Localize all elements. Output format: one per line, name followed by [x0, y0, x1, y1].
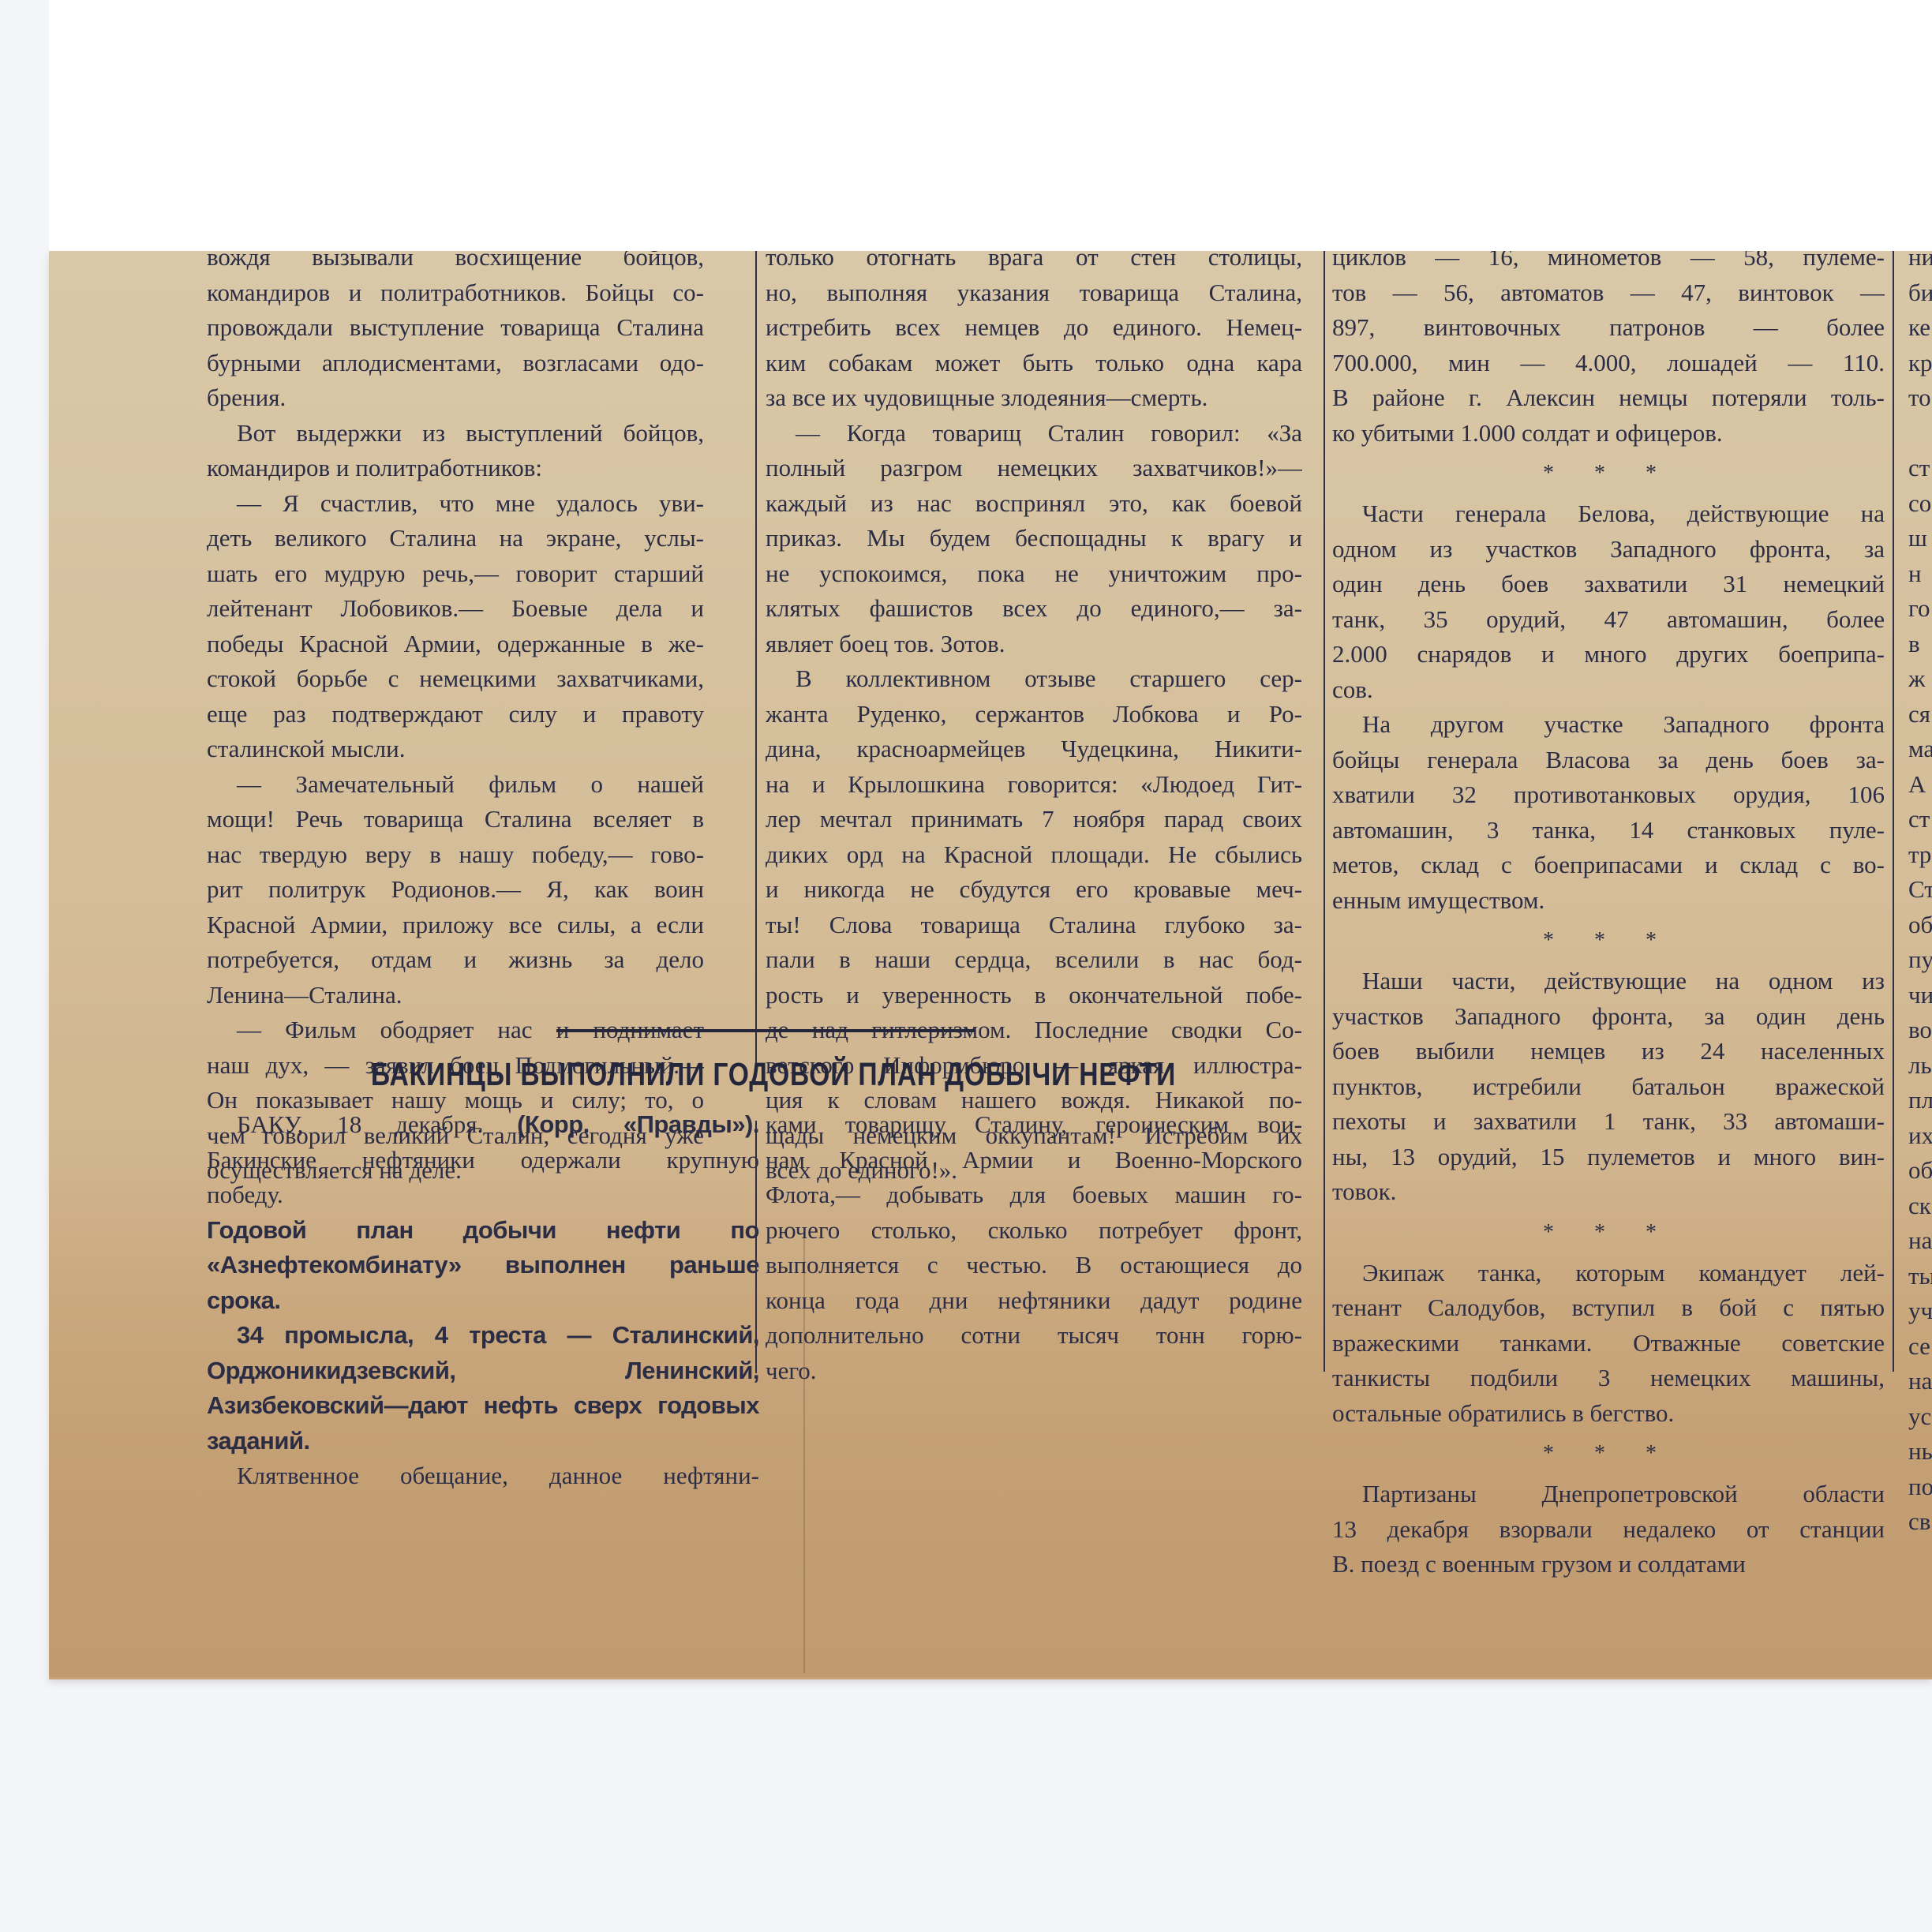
text-line: боев выбили немцев из 24 населенных	[1332, 1034, 1885, 1069]
partial-column-fragment: на	[1908, 1223, 1932, 1259]
partial-column-fragment	[1908, 416, 1932, 451]
partial-column-fragment: ск	[1908, 1189, 1932, 1224]
article-separator	[556, 1029, 975, 1032]
text-line: брения.	[207, 380, 704, 416]
text-line: приказ. Мы будем беспощадны к врагу и	[766, 521, 1302, 556]
text-line: ко убитыми 1.000 солдат и офицеров.	[1332, 416, 1885, 451]
text-line: командиров и политработников:	[207, 451, 704, 486]
partial-column-fragment: ны	[1908, 1434, 1932, 1470]
text-line: — Когда товарищ Сталин говорил: «За	[766, 416, 1302, 451]
bold-lead: Годовой план добычи нефти по «Азнефтеком…	[207, 1213, 759, 1319]
text-line: — Замечательный фильм о нашей	[207, 767, 704, 803]
text-line: — Я счастлив, что мне удалось уви-	[207, 486, 704, 522]
text-line: полный разгром немецких захватчиков!»—	[766, 451, 1302, 486]
text-line: автомашин, 3 танка, 14 станковых пуле-	[1332, 813, 1885, 848]
text-line: за все их чудовищные злодеяния—смерть.	[766, 380, 1302, 416]
text-line: шать его мудрую речь,— говорит старший	[207, 556, 704, 592]
text-line: Экипаж танка, которым командует лей-	[1332, 1256, 1885, 1291]
column-rule-1	[755, 251, 757, 1072]
text-line: Флота,— добывать для боевых машин го-	[766, 1178, 1302, 1213]
partial-column-fragment: по	[1908, 1470, 1932, 1505]
text-line: На другом участке Западного фронта	[1332, 707, 1885, 743]
partial-column-fragment: об	[1908, 1153, 1932, 1189]
article-column-1: БАКУ, 18 декабря. (Корр. «Правды»). Баки…	[207, 1107, 759, 1494]
text-line: енным имуществом.	[1332, 883, 1885, 919]
text-line: провождали выступление товарища Сталина	[207, 310, 704, 346]
column-rule-2	[1324, 251, 1325, 1372]
partial-column-fragment: А	[1908, 767, 1932, 803]
text-line: стокой борьбе с немецкими захватчиками,	[207, 661, 704, 697]
partial-column-fragment: в	[1908, 627, 1932, 662]
column-3: циклов — 16, минометов — 58, пулеме-тов …	[1332, 240, 1885, 1582]
text-line: командиров и политработников. Бойцы со-	[207, 275, 704, 311]
text-line: Вот выдержки из выступлений бойцов,	[207, 416, 704, 451]
text-line: ны, 13 орудий, 15 пулеметов и много вин-	[1332, 1140, 1885, 1175]
text-line: участков Западного фронта, за один день	[1332, 999, 1885, 1035]
text-line: 700.000, мин — 4.000, лошадей — 110.	[1332, 346, 1885, 381]
partial-column-fragment: об	[1908, 908, 1932, 943]
bold-paragraph: 34 промысла, 4 треста — Сталинский, Ордж…	[207, 1318, 759, 1458]
text-line: бойцы генерала Власова за день боев за-	[1332, 743, 1885, 778]
text-line: нам Красной Армии и Военно-Морского	[766, 1143, 1302, 1178]
dateline: БАКУ, 18 декабря.	[237, 1110, 483, 1138]
text-line: рючего столько, сколько потребует фронт,	[766, 1213, 1302, 1249]
text-line: и никогда не сбудутся его кровавые меч-	[766, 872, 1302, 908]
article-column-2: ками товарищу Сталину, героическим вои-н…	[766, 1107, 1302, 1388]
text-line: жанта Руденко, сержантов Лобкова и Ро-	[766, 697, 1302, 732]
text-line: танк, 35 орудий, 47 автомашин, более	[1332, 602, 1885, 638]
text-line: метов, склад с боеприпасами и склад с во…	[1332, 848, 1885, 883]
text-line: сов.	[1332, 672, 1885, 708]
partial-column-fragment: н	[1908, 556, 1932, 592]
text-line: одном из участков Западного фронта, за	[1332, 532, 1885, 567]
text-line: потребуется, отдам и жизнь за дело	[207, 942, 704, 978]
text-line: выполняется с честью. В остающиеся до	[766, 1248, 1302, 1283]
column-4-partial: нибикекрто стсошнговжсямаАсттрСтобпучиво…	[1908, 240, 1932, 1540]
partial-column-fragment: ты	[1908, 1259, 1932, 1294]
text-line: каждый из нас воспринял это, как боевой	[766, 486, 1302, 522]
text-line: В районе г. Алексин немцы потеряли толь-	[1332, 380, 1885, 416]
partial-column-fragment: то	[1908, 380, 1932, 416]
text-line: на и Крылошкина говорится: «Людоед Гит-	[766, 767, 1302, 803]
partial-column-fragment: со	[1908, 486, 1932, 522]
text-line: Ленина—Сталина.	[207, 978, 704, 1013]
partial-column-fragment: тр	[1908, 837, 1932, 873]
text-line: чего.	[766, 1354, 1302, 1389]
text-line: рость и уверенность в окончательной побе…	[766, 978, 1302, 1013]
text-line: Части генерала Белова, действующие на	[1332, 496, 1885, 532]
text-line: ким собакам может быть только одна кара	[766, 346, 1302, 381]
text-line: 897, винтовочных патронов — более	[1332, 310, 1885, 346]
article-tail-line: Клятвенное обещание, данное нефтяни-	[207, 1458, 759, 1494]
article-column-rule	[755, 1121, 757, 1373]
text-line: 13 декабря взорвали недалеко от станции	[1332, 1512, 1885, 1548]
section-divider-stars: * * *	[1332, 918, 1885, 964]
text-line: бурными аплодисментами, возгласами одо-	[207, 346, 704, 381]
text-line: являет боец тов. Зотов.	[766, 627, 1302, 662]
partial-column-fragment: на	[1908, 1364, 1932, 1399]
source-credit: (Корр. «Правды»).	[517, 1110, 759, 1138]
text-line: танкисты подбили 3 немецких машины,	[1332, 1361, 1885, 1396]
partial-column-fragment: пл	[1908, 1083, 1932, 1118]
partial-column-fragment: ма	[1908, 732, 1932, 767]
text-line: Партизаны Днепропетровской области	[1332, 1477, 1885, 1512]
photo-top-background	[49, 0, 1932, 251]
section-divider-stars: * * *	[1332, 1431, 1885, 1477]
text-line: В коллективном отзыве старшего сер-	[766, 661, 1302, 697]
column-1: вождя вызывали восхищение бойцов,команди…	[207, 240, 704, 1189]
partial-column-fragment: ся	[1908, 697, 1932, 732]
text-line: нас твердую веру в нашу победу,— гово-	[207, 837, 704, 873]
partial-column-fragment: ль	[1908, 1048, 1932, 1084]
text-line: конца года дни нефтяники дадут родине	[766, 1283, 1302, 1319]
column-rule-3	[1893, 251, 1894, 1372]
text-line: не успокоимся, пока не уничтожим про-	[766, 556, 1302, 592]
text-line: мощи! Речь товарища Сталина вселяет в	[207, 802, 704, 837]
partial-column-fragment: ус	[1908, 1399, 1932, 1435]
partial-column-fragment: уч	[1908, 1294, 1932, 1329]
partial-column-fragment: св	[1908, 1504, 1932, 1540]
partial-column-fragment: кр	[1908, 346, 1932, 381]
text-line: В. поезд с военным грузом и солдатами	[1332, 1547, 1885, 1582]
text-line: хватили 32 противотанковых орудия, 106	[1332, 777, 1885, 813]
text-line: победы Красной Армии, одержанные в же-	[207, 627, 704, 662]
text-line: дополнительно сотни тысяч тонн горю-	[766, 1318, 1302, 1354]
text-line: Бакинские нефтяники одержали крупную	[207, 1143, 759, 1178]
text-line: тов — 56, автоматов — 47, винтовок —	[1332, 275, 1885, 311]
partial-column-fragment: ст	[1908, 451, 1932, 486]
partial-column-fragment: Ст	[1908, 872, 1932, 908]
partial-column-fragment: чи	[1908, 978, 1932, 1013]
text-line: пехоты и захватили 1 танк, 33 автомаши-	[1332, 1104, 1885, 1140]
partial-column-fragment: се	[1908, 1329, 1932, 1365]
section-divider-stars: * * *	[1332, 451, 1885, 496]
partial-column-fragment: ш	[1908, 521, 1932, 556]
text-line: 2.000 снарядов и много других боеприпа-	[1332, 637, 1885, 672]
section-divider-stars: * * *	[1332, 1210, 1885, 1256]
partial-column-fragment: пу	[1908, 942, 1932, 978]
text-line: пали в наши сердца, вселили в нас бод-	[766, 942, 1302, 978]
text-line: дина, красноармейцев Чудецкина, Никити-	[766, 732, 1302, 767]
text-line: еще раз подтверждают силу и правоту	[207, 697, 704, 732]
text-line: но, выполняя указания товарища Сталина,	[766, 275, 1302, 311]
text-line: остальные обратились в бегство.	[1332, 1396, 1885, 1432]
partial-column-fragment: би	[1908, 275, 1932, 311]
text-line: Наши части, действующие на одном из	[1332, 964, 1885, 999]
partial-column-fragment: ж	[1908, 661, 1932, 697]
text-line: вражескими танками. Отважные советские	[1332, 1326, 1885, 1361]
text-line: Красной Армии, приложу все силы, а если	[207, 908, 704, 943]
column-2: только отогнать врага от стен столицы,но…	[766, 240, 1302, 1189]
text-line: диких орд на Красной площади. Не сбылись	[766, 837, 1302, 873]
text-line: тенант Салодубов, вступил в бой с пятью	[1332, 1290, 1885, 1326]
article-headline: БАКИНЦЫ ВЫПОЛНИЛИ ГОДОВОЙ ПЛАН ДОБЫЧИ НЕ…	[327, 1056, 1220, 1093]
text-line: ты! Слова товарища Сталина глубоко за-	[766, 908, 1302, 943]
text-line: лейтенант Лобовиков.— Боевые дела и	[207, 591, 704, 627]
text-line: лер мечтал принимать 7 ноября парад свои…	[766, 802, 1302, 837]
partial-column-fragment: го	[1908, 591, 1932, 627]
partial-column-fragment: их	[1908, 1118, 1932, 1154]
text-line: клятых фашистов всех до единого,— за-	[766, 591, 1302, 627]
text-line: ками товарищу Сталину, героическим вои-	[766, 1107, 1302, 1143]
text-line: товок.	[1332, 1174, 1885, 1210]
partial-column-fragment: ст	[1908, 802, 1932, 837]
text-line: истребить всех немцев до единого. Немец-	[766, 310, 1302, 346]
partial-column-fragment: во	[1908, 1013, 1932, 1048]
text-line: деть великого Сталина на экране, услы-	[207, 521, 704, 556]
text-line: один день боев захватили 31 немецкий	[1332, 567, 1885, 602]
text-line: рит политрук Родионов.— Я, как воин	[207, 872, 704, 908]
partial-column-fragment: ке	[1908, 310, 1932, 346]
text-line: сталинской мысли.	[207, 732, 704, 767]
text-line: пунктов, истребили батальон вражеской	[1332, 1069, 1885, 1105]
dateline-line: БАКУ, 18 декабря. (Корр. «Правды»).	[207, 1107, 759, 1143]
text-line: победу.	[207, 1178, 759, 1213]
